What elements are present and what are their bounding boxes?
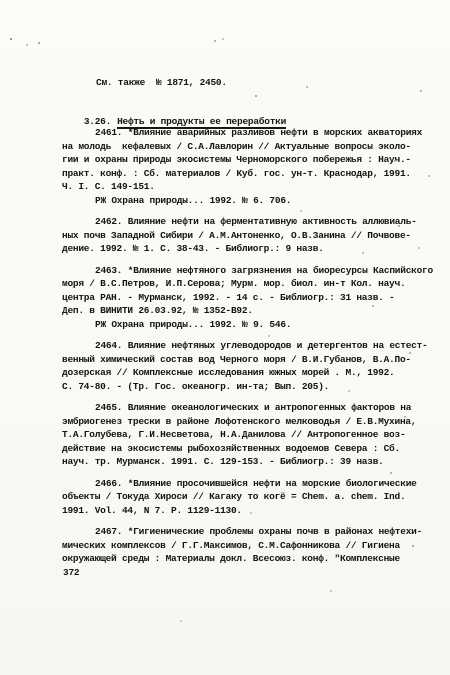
- entry-line: эмбриогенез трески в районе Лофотенского…: [62, 415, 440, 429]
- entry-line: науч. тр. Мурманск. 1991. С. 129-153. - …: [62, 455, 440, 469]
- entry-line: Деп. в ВИНИТИ 26.03.92, № 1352-В92.: [62, 304, 440, 318]
- scanned-bibliography-page: См. также № 1871, 2450. 3.26.Нефть и про…: [0, 0, 450, 675]
- entry-line: моря / В.С.Петров, И.П.Серова; Мурм. мор…: [62, 277, 440, 291]
- entry-line: гии и охраны природы экосистемы Черномор…: [62, 153, 440, 167]
- bibliography-entry: 2465. Влияние океанологических и антропо…: [62, 401, 440, 469]
- entry-line: Ч. I. С. 149-151.: [62, 180, 440, 194]
- bibliography-entry: 2464. Влияние нефтяных углеводородов и д…: [62, 339, 440, 393]
- bibliography-entry: 2461. *Влияние аварийных разливов нефти …: [62, 126, 440, 207]
- page-number: 372: [63, 566, 79, 580]
- entry-line: 2465. Влияние океанологических и антропо…: [62, 401, 440, 415]
- section-number: 3.26.: [84, 116, 111, 127]
- scan-noise: [0, 0, 2, 2]
- entry-line: венный химический состав вод Черного мор…: [62, 353, 440, 367]
- entry-line: 1991. Vol. 44, N 7. P. 1129-1130.: [62, 504, 440, 518]
- entry-line: на молодь кефалевых / С.А.Лавлорин // Ак…: [62, 140, 440, 154]
- entry-line: 2464. Влияние нефтяных углеводородов и д…: [62, 339, 440, 353]
- bibliography-entry: 2466. *Влияние просочившейся нефти на мо…: [62, 477, 440, 518]
- entry-line: 2462. Влияние нефти на ферментативную ак…: [62, 215, 440, 229]
- bibliography-entries: 2461. *Влияние аварийных разливов нефти …: [62, 126, 440, 574]
- entry-line: дозерская // Комплексные исследования юж…: [62, 366, 440, 380]
- entry-line: действие на экосистемы рыбохозяйственных…: [62, 442, 440, 456]
- abstract-journal-ref: РЖ Охрана природы... 1992. № 6. 706.: [62, 194, 440, 208]
- entry-line: 2463. *Влияние нефтяного загрязнения на …: [62, 264, 440, 278]
- entry-line: ных почв Западной Сибири / А.М.Антоненко…: [62, 229, 440, 243]
- entry-line: 2466. *Влияние просочившейся нефти на мо…: [62, 477, 440, 491]
- entry-line: дение. 1992. № 1. С. 38-43. - Библиогр.:…: [62, 242, 440, 256]
- see-also-note: См. также № 1871, 2450.: [96, 76, 227, 90]
- bibliography-entry: 2463. *Влияние нефтяного загрязнения на …: [62, 264, 440, 332]
- entry-line: центра РАН. - Мурманск, 1992. - 14 с. - …: [62, 291, 440, 305]
- abstract-journal-ref: РЖ Охрана природы... 1992. № 9. 546.: [62, 318, 440, 332]
- bibliography-entry: 2462. Влияние нефти на ферментативную ак…: [62, 215, 440, 256]
- entry-line: С. 74-80. - (Тр. Гос. океаногр. ин-та; В…: [62, 380, 440, 394]
- entry-line: 2461. *Влияние аварийных разливов нефти …: [62, 126, 440, 140]
- entry-line: 2467. *Гигиенические проблемы охраны поч…: [62, 525, 440, 539]
- entry-line: практ. конф. : Сб. материалов / Куб. гос…: [62, 167, 440, 181]
- entry-line: Т.А.Голубева, Г.И.Несветова, Н.А.Данилов…: [62, 428, 440, 442]
- entry-line: объекты / Токуда Хироси // Кагаку то ког…: [62, 490, 440, 504]
- bibliography-entry: 2467. *Гигиенические проблемы охраны поч…: [62, 525, 440, 566]
- entry-line: мических комплексов / Г.Г.Максимов, С.М.…: [62, 539, 440, 553]
- entry-line: окружающей среды : Материалы докл. Всесо…: [62, 552, 440, 566]
